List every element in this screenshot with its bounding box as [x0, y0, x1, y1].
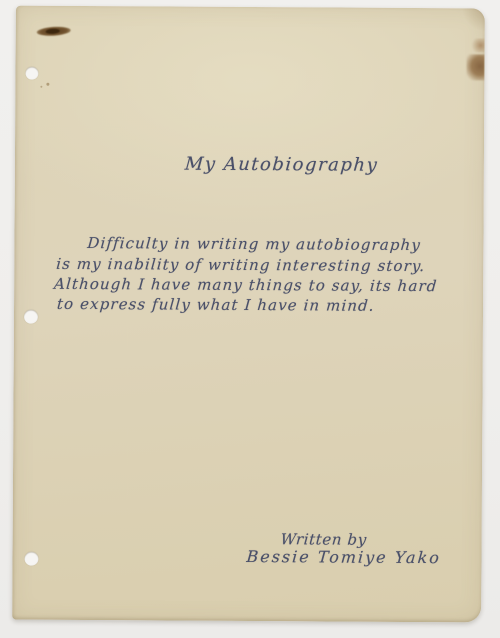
signature-byline: Written by	[280, 530, 368, 549]
manuscript-paper: My Autobiography Difficulty in writing m…	[12, 6, 485, 623]
document-title: My Autobiography	[184, 154, 379, 176]
edge-stain-lower	[466, 54, 484, 80]
paper-speck	[40, 86, 42, 88]
body-text-line: Although I have many things to say, its …	[53, 275, 438, 295]
scan-background: My Autobiography Difficulty in writing m…	[0, 0, 500, 638]
edge-stain-upper	[472, 38, 485, 52]
body-text-line: Difficulty in writing my autobiography	[87, 234, 422, 254]
punch-hole-bottom	[24, 552, 38, 566]
body-text-line: to express fully what I have in mind.	[56, 295, 375, 315]
signature-name: Bessie Tomiye Yako	[246, 547, 442, 567]
body-text-line: is my inability of writing interesting s…	[56, 255, 426, 275]
corner-wear	[460, 6, 485, 31]
paper-speck	[46, 83, 49, 86]
punch-hole-top	[25, 67, 38, 80]
punch-hole-middle	[24, 310, 38, 324]
